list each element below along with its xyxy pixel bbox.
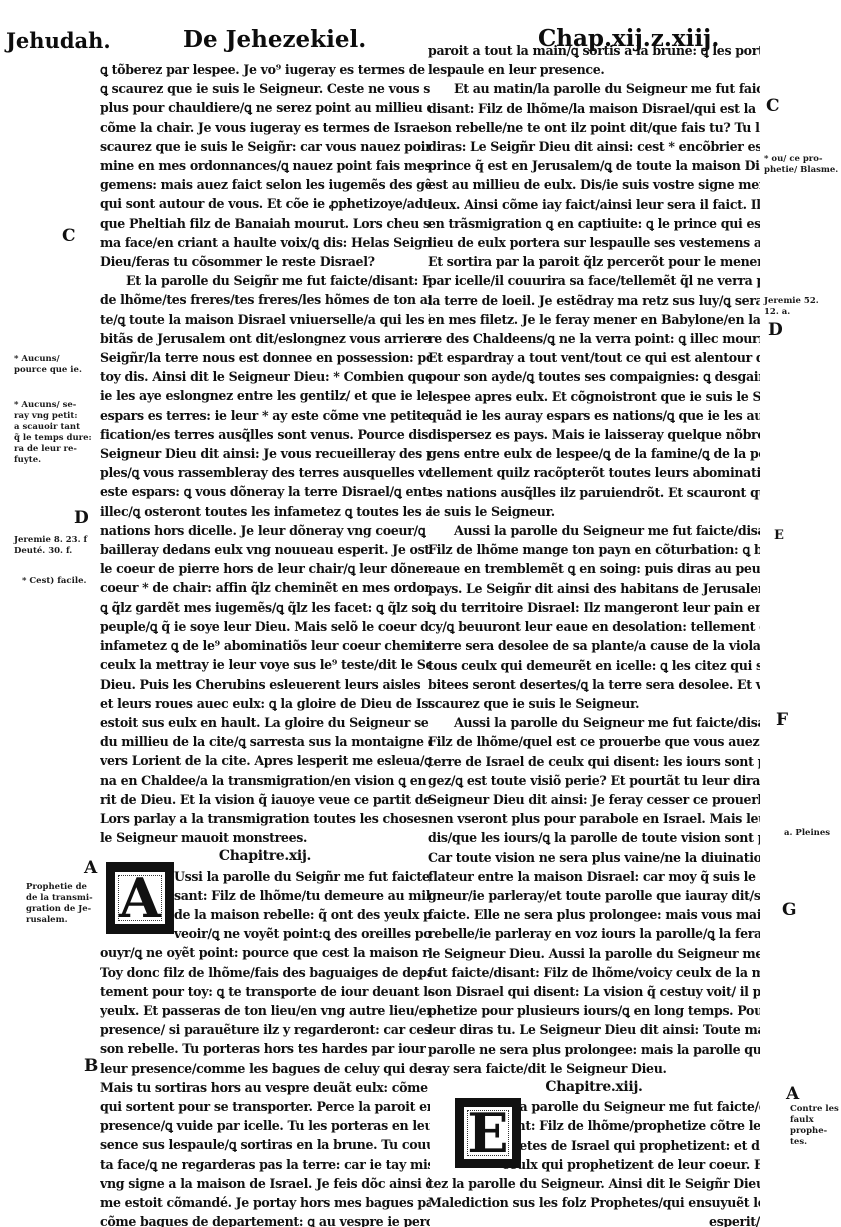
margin-letter-d-left: D xyxy=(74,508,89,528)
text-line: Car toute vision ne sera plus vaine/ne l… xyxy=(428,848,760,867)
note-line: ra de leur re- xyxy=(14,444,92,455)
note-line: ray vng petit: xyxy=(14,411,92,422)
text-line: vers Lorient de la cite. Apres lesperit … xyxy=(100,751,430,770)
text-line: cõme la chair. Je vous iugeray es termes… xyxy=(100,118,430,137)
text-line: estoit sus eulx en hault. La gloire du S… xyxy=(100,713,430,732)
text-line: espars es terres: ie leur * ay este cõme… xyxy=(100,406,430,425)
margin-note-right-1: * ou/ ce pro- phetie/ Blasme. xyxy=(764,154,840,176)
text-line: Filz de lhõme mange ton payn en cõturbat… xyxy=(428,540,760,559)
text-line: ꝗ du territoire Disrael: Ilz mangeront l… xyxy=(428,598,760,617)
text-line: cõme bagues de departement: ꝗ au vespre … xyxy=(100,1212,430,1227)
text-line: le Seigneur mauoit monstrees. xyxy=(100,828,430,847)
text-line: son rebelle/ne te ont ilz point dit/que … xyxy=(428,118,760,137)
text-line: du millieu de la cite/ꝗ sarresta sus la … xyxy=(100,732,430,751)
text-line: lieu de eulx portera sur lespaulle ses v… xyxy=(428,233,760,252)
text-line: Seigñr/la terre nous est donnee en posse… xyxy=(100,348,430,367)
text-line: ceulx la mettray ie leur voye sus le⁹ te… xyxy=(100,655,430,674)
text-line: Seigneur Dieu dit ainsi: Je feray cesser… xyxy=(428,790,760,809)
text-line: bitees seront desertes/ꝗ la terre sera d… xyxy=(428,675,760,694)
note-line: a scauoir tant xyxy=(14,422,92,433)
text-line: gneur/ie parleray/et toute parolle que i… xyxy=(428,886,760,905)
text-line: gens entre eulx de lespee/ꝗ de la famine… xyxy=(428,444,760,463)
note-line: * Cest) facile. xyxy=(22,576,100,587)
margin-letter-d-right: D xyxy=(768,320,783,340)
text-line: te/ꝗ toute la maison Disrael vniuerselle… xyxy=(100,310,430,329)
text-line: Dieu/feras tu cõsommer le reste Disrael? xyxy=(100,252,430,271)
text-line: dis/que les iours/ꝗ la parolle de toute … xyxy=(428,828,760,847)
text-line: ples/ꝗ vous rassembleray des terres ausq… xyxy=(100,463,430,482)
text-line: son rebelle. Tu porteras hors tes hardes… xyxy=(100,1039,430,1058)
margin-note-left-5: Prophetie de de la transmi- gration de J… xyxy=(26,882,96,926)
text-line: en mes filetz. Je le feray mener en Baby… xyxy=(428,310,760,329)
text-line: bailleray dedans eulx vng nouueau esperi… xyxy=(100,540,430,559)
text-line: Mais tu sortiras hors au vespre deuãt eu… xyxy=(100,1078,430,1097)
margin-note-right-2: Jeremie 52. 12. a. xyxy=(764,296,840,318)
text-line: le coeur de pierre hors de leur chair/ꝗ … xyxy=(100,559,430,578)
left-text-column: ꝗ tõberez par lespee. Je vo⁹ iugeray es … xyxy=(100,60,430,1227)
text-line: que Pheltiah filz de Banaiah mourut. Lor… xyxy=(100,214,430,233)
note-line: pource que ie. xyxy=(14,365,92,376)
text-line: esperit/ xyxy=(428,1212,760,1227)
running-head-left: Jehudah. xyxy=(6,28,111,53)
text-line: faicte. Elle ne sera plus prolongee: mai… xyxy=(428,905,760,924)
text-line: yeulx. Et passeras de ton lieu/en vng au… xyxy=(100,1001,430,1020)
text-line: pour son ayde/ꝗ toutes ses compaignies: … xyxy=(428,367,760,386)
text-line: tellement quilz racõpterõt toutes leurs … xyxy=(428,463,760,482)
text-line: nations hors dicelle. Je leur dõneray vn… xyxy=(100,521,430,540)
chapter-heading-xiii: Chapitre.xiij. xyxy=(428,1078,760,1097)
text-line: ma face/en criant a haulte voix/ꝗ dis: H… xyxy=(100,233,430,252)
note-line: Deuté. 30. f. xyxy=(14,546,96,557)
text-line: gez/ꝗ est toute visiõ perie? Et pourtãt … xyxy=(428,771,760,790)
running-head-center: De Jehezekiel. xyxy=(183,26,366,53)
paragraph-start: Et la parolle du Seigñr me fut faicte/di… xyxy=(100,271,430,290)
text-line: nen vseront plus pour parabole en Israel… xyxy=(428,809,760,828)
text-line: eaue en tremblemẽt ꝗ en soing: puis dira… xyxy=(428,559,760,578)
note-line: Prophetie de xyxy=(26,882,96,893)
text-line: en trãsmigration ꝗ en captiuite: ꝗ le pr… xyxy=(428,214,760,233)
text-line: Dieu. Puis les Cherubins esleuerent leur… xyxy=(100,675,430,694)
text-line: es nations ausq̃lles ilz paruiendrõt. Et… xyxy=(428,483,760,502)
note-line: * ou/ ce pro- xyxy=(764,154,840,165)
text-line: dispersez es pays. Mais ie laisseray que… xyxy=(428,425,760,444)
text-line: scaurez que ie suis le Seigneur. xyxy=(428,694,760,713)
note-line: Contre les xyxy=(790,1104,840,1115)
text-line: le Seigneur Dieu. Aussi la parolle du Se… xyxy=(428,944,760,963)
text-line: vng signe a la maison de Israel. Je feis… xyxy=(100,1174,430,1193)
text-line: flateur entre la maison Disrael: car moy… xyxy=(428,867,760,886)
text-line: et leurs roues auec eulx: ꝗ la gloire de… xyxy=(100,694,430,713)
text-line: plus pour chauldiere/ꝗ ne serez point au… xyxy=(100,98,430,117)
text-line: qui sortent pour se transporter. Perce l… xyxy=(100,1097,430,1116)
paragraph-start: Aussi la parolle du Seigneur me fut faic… xyxy=(428,713,760,732)
text-line: parolle ne sera plus prolongee: mais la … xyxy=(428,1040,760,1059)
text-line: me estoit cõmandé. Je portay hors mes ba… xyxy=(100,1193,430,1212)
text-line: leux. Ainsi cõme iay faict/ainsi leur se… xyxy=(428,195,760,214)
text-line: sence sus lespaule/ꝗ sortiras en la brun… xyxy=(100,1135,430,1154)
margin-note-left-1: * Aucuns/ pource que ie. xyxy=(14,354,92,376)
text-line: fut faicte/disant: Filz de lhõme/voicy c… xyxy=(428,963,760,982)
text-line: Lors parlay a la transmigration toutes l… xyxy=(100,809,430,828)
text-line: coeur * de chair: affin q̃lz cheminẽt en… xyxy=(100,578,430,597)
text-line: tous ceulx qui demeurẽt en icelle: ꝗ les… xyxy=(428,656,760,675)
text-line: ꝗ q̃lz gardẽt mes iugemẽs/ꝗ q̃lz les fac… xyxy=(100,598,430,617)
text-line: terre sera desolee de sa plante/a cause … xyxy=(428,636,760,655)
text-line: Et espardray a tout vent/tout ce qui est… xyxy=(428,348,760,367)
note-line: Jeremie 52. xyxy=(764,296,840,307)
note-line: de la transmi- xyxy=(26,893,96,904)
margin-note-right-3: a. Pleines xyxy=(784,828,840,839)
text-line: mine en mes ordonnances/ꝗ nauez point fa… xyxy=(100,156,430,175)
text-line: na en Chaldee/a la transmigration/en vis… xyxy=(100,771,430,790)
note-line: * Aucuns/ xyxy=(14,354,92,365)
margin-letter-a-right: A xyxy=(786,1084,799,1104)
text-line: la terre de loeil. Je estẽdray ma retz s… xyxy=(428,291,760,310)
text-line: este espars: ꝗ vous dõneray la terre Dis… xyxy=(100,482,430,501)
text-line: fication/es terres ausq̃lles sont venus.… xyxy=(100,425,430,444)
paragraph-start: Aussi la parolle du Seigneur me fut faic… xyxy=(428,521,760,540)
margin-letter-e-right: E xyxy=(774,528,784,543)
text-line: qui sont autour de vous. Et cõe ie ꝓphet… xyxy=(100,194,430,213)
text-line: bitãs de Jerusalem ont dit/eslongnez vou… xyxy=(100,329,430,348)
note-line: fuyte. xyxy=(14,455,92,466)
text-line: lespaule en leur presence. xyxy=(428,60,760,79)
text-line: phetize pour plusieurs iours/ꝗ en long t… xyxy=(428,1001,760,1020)
margin-note-right-4: Contre les faulx prophe- tes. xyxy=(790,1104,840,1148)
note-line: a. Pleines xyxy=(784,828,840,839)
decorated-initial-e: E xyxy=(455,1098,521,1168)
text-line: Malediction sus les folz Prophetes/qui e… xyxy=(428,1193,760,1212)
right-text-column: paroit a tout la main/ꝗ sortis a la brun… xyxy=(428,41,760,1227)
text-line: par icelle/il couurira sa face/tellemẽt … xyxy=(428,271,760,290)
note-line: Jeremie 8. 23. f xyxy=(14,535,96,546)
margin-letter-a-left: A xyxy=(84,858,97,878)
text-line: tez la parolle du Seigneur. Ainsi dit le… xyxy=(428,1174,760,1193)
text-line: presence/ si parauẽture ilz y regarderon… xyxy=(100,1020,430,1039)
text-line: infametez ꝗ de le⁹ abominatiõs leur coeu… xyxy=(100,636,430,655)
text-line: rebelle/ie parleray en voz iours la paro… xyxy=(428,924,760,943)
text-line: son Disrael qui disent: La vision q̃ ces… xyxy=(428,982,760,1001)
text-line: de lhõme/tes freres/tes freres/les hõmes… xyxy=(100,290,430,309)
text-line: Seigneur Dieu dit ainsi: Je vous recueil… xyxy=(100,444,430,463)
paragraph-start: Et au matin/la parolle du Seigneur me fu… xyxy=(428,79,760,98)
text-line: Filz de lhõme/quel est ce prouerbe que v… xyxy=(428,732,760,751)
margin-letter-c-right: C xyxy=(766,96,780,116)
text-line: ie les aye eslongnez entre les gentilz/ … xyxy=(100,386,430,405)
text-line: scaurez que ie suis le Seigñr: car vous … xyxy=(100,137,430,156)
text-line: ꝗ tõberez par lespee. Je vo⁹ iugeray es … xyxy=(100,60,430,79)
text-line: ray sera faicte/dit le Seigneur Dieu. xyxy=(428,1059,760,1078)
text-line: presence/ꝗ vuide par icelle. Tu les port… xyxy=(100,1116,430,1135)
margin-letter-c-left: C xyxy=(62,226,76,246)
text-line: ie suis le Seigneur. xyxy=(428,502,760,521)
text-line: illec/ꝗ osteront toutes les infametez ꝗ … xyxy=(100,502,430,521)
text-line: pays. Le Seigñr dit ainsi des habitans d… xyxy=(428,579,760,598)
text-line: tement pour toy: ꝗ te transporte de iour… xyxy=(100,982,430,1001)
note-line: 12. a. xyxy=(764,307,840,318)
text-line: rit de Dieu. Et la vision q̃ iauoye veue… xyxy=(100,790,430,809)
text-line: Toy donc filz de lhõme/fais des baguaige… xyxy=(100,963,430,982)
text-line: toy dis. Ainsi dit le Seigneur Dieu: * C… xyxy=(100,367,430,386)
note-line: * Aucuns/ se- xyxy=(14,400,92,411)
text-line: quãd ie les auray espars es nations/ꝗ qu… xyxy=(428,406,760,425)
margin-note-left-4: * Cest) facile. xyxy=(22,576,100,587)
note-line: rusalem. xyxy=(26,915,96,926)
note-line: gration de Je- xyxy=(26,904,96,915)
text-line: Et sortira par la paroit q̃lz percerõt p… xyxy=(428,252,760,271)
text-line: diras: Le Seigñr Dieu dit ainsi: cest * … xyxy=(428,137,760,156)
text-line: est au millieu de eulx. Dis/ie suis vost… xyxy=(428,175,760,194)
text-line: disant: Filz de lhõme/la maison Disrael/… xyxy=(428,99,760,118)
note-line: phetie/ Blasme. xyxy=(764,165,840,176)
text-line: leur diras tu. Le Seigneur Dieu dit ains… xyxy=(428,1020,760,1039)
margin-note-left-2: * Aucuns/ se- ray vng petit: a scauoir t… xyxy=(14,400,92,466)
text-line: cy/ꝗ beuuront leur eaue en desolation: t… xyxy=(428,617,760,636)
note-line: q̃ le temps dure: xyxy=(14,433,92,444)
note-line: tes. xyxy=(790,1137,840,1148)
margin-note-left-3: Jeremie 8. 23. f Deuté. 30. f. xyxy=(14,535,96,557)
text-line: prince q̃ est en Jerusalem/ꝗ de toute la… xyxy=(428,156,760,175)
text-line: ꝗ scaurez que ie suis le Seigneur. Ceste… xyxy=(100,79,430,98)
decorated-initial-a: A xyxy=(106,862,174,934)
margin-letter-b-left: B xyxy=(84,1056,98,1076)
margin-letter-f-right: F xyxy=(776,710,788,730)
text-line: peuple/ꝗ q̃ ie soye leur Dieu. Mais selõ… xyxy=(100,617,430,636)
text-line: gemens: mais auez faict selon les iugemẽ… xyxy=(100,175,430,194)
margin-letter-g-right: G xyxy=(782,900,797,920)
text-line: re des Chaldeens/ꝗ ne la verra point: ꝗ … xyxy=(428,329,760,348)
text-line: leur presence/comme les bagues de celuy … xyxy=(100,1059,430,1078)
text-line: lespee apres eulx. Et cõgnoistront que i… xyxy=(428,387,760,406)
text-line: paroit a tout la main/ꝗ sortis a la brun… xyxy=(428,41,760,60)
text-line: ta face/ꝗ ne regarderas pas la terre: ca… xyxy=(100,1155,430,1174)
text-line: ouyr/ꝗ ne oyẽt point: pource que cest la… xyxy=(100,943,430,962)
text-line: terre de Israel de ceulx qui disent: les… xyxy=(428,752,760,771)
note-line: faulx prophe- xyxy=(790,1115,840,1137)
